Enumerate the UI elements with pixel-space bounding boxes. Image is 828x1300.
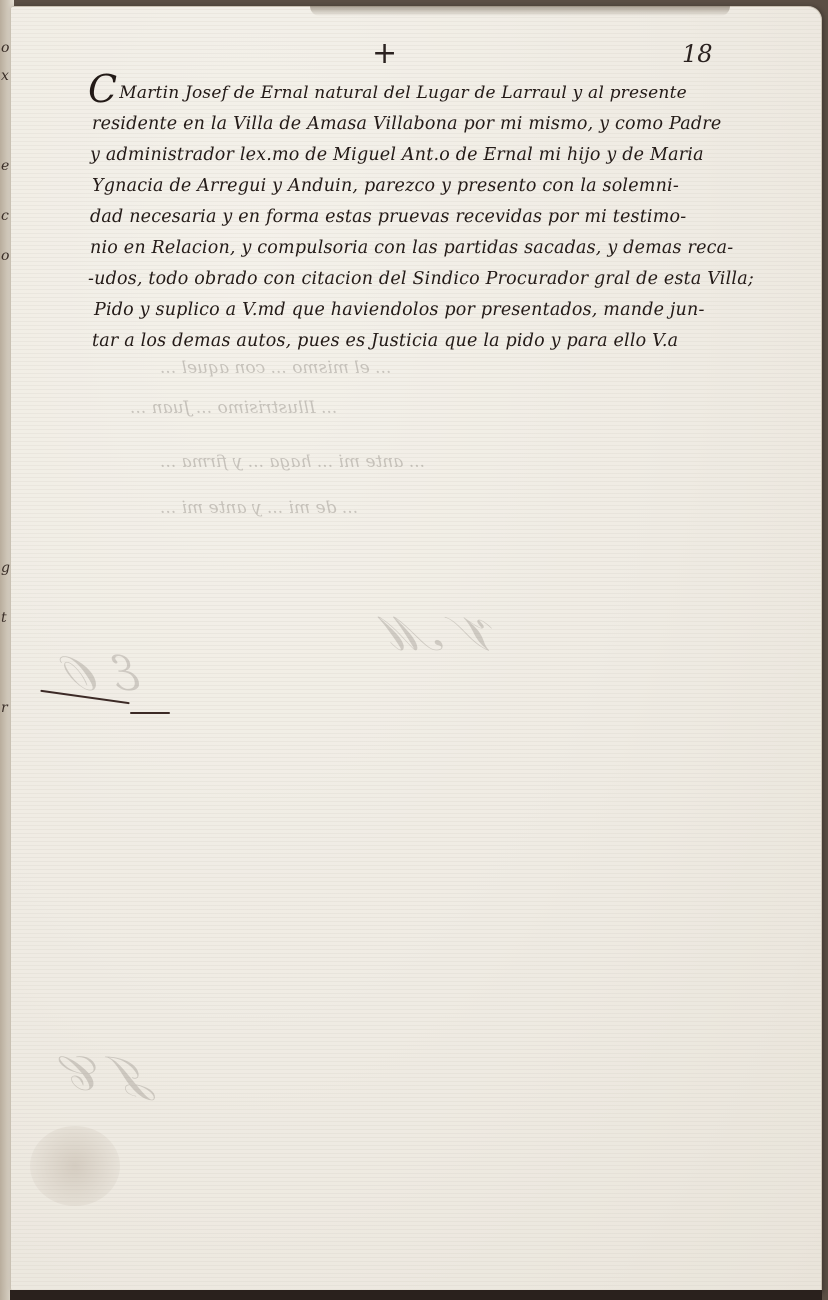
margin-ink-fragment: g xyxy=(1,560,10,576)
margin-ink-fragment: x xyxy=(1,68,9,84)
margin-ink-fragment: r xyxy=(1,700,8,716)
folio-number: 18 xyxy=(682,40,713,68)
manuscript-line-5: dad necesaria y en forma estas pruevas r… xyxy=(88,202,818,233)
manuscript-text-block: CMartin Josef de Ernal natural del Lugar… xyxy=(88,78,818,357)
bleed-through-text: ... de mi ... y ante mi ... xyxy=(160,498,358,518)
manuscript-line-3: y administrador lex.mo de Miguel Ant.o d… xyxy=(88,140,818,171)
scan-bottom-edge xyxy=(10,1290,822,1300)
bleed-through-signature: ℰ 𝒪 xyxy=(70,646,145,703)
bleed-through-text: ... el mismo ... con aquel ... xyxy=(160,358,391,378)
paper-stain xyxy=(30,1126,120,1206)
bleed-through-text: ... ante mi ... haga ... y firma ... xyxy=(160,452,425,472)
manuscript-line-4: Ygnacia de Arregui y Anduin, parezco y p… xyxy=(88,171,818,202)
bleed-through-signature: 𝒥 𝒞 xyxy=(70,1046,153,1103)
cross-mark: + xyxy=(372,36,397,71)
manuscript-line-2: residente en la Villa de Amasa Villabona… xyxy=(88,109,818,140)
manuscript-line-6: nio en Relacion, y compulsoria con las p… xyxy=(88,233,818,264)
bleed-through-signature: 𝒱 ℳ xyxy=(390,606,499,663)
margin-ink-fragment: e xyxy=(1,158,9,174)
line-text: Martin Josef de Ernal natural del Lugar … xyxy=(119,83,687,103)
manuscript-line-9: tar a los demas autos, pues es Justicia … xyxy=(88,326,818,357)
margin-ink-fragment: t xyxy=(1,610,7,626)
manuscript-line-1: CMartin Josef de Ernal natural del Lugar… xyxy=(88,78,818,109)
margin-ink-fragment: o xyxy=(1,248,9,264)
manuscript-line-7: -udos, todo obrado con citacion del Sind… xyxy=(88,264,818,295)
margin-ink-fragment: o xyxy=(1,40,9,56)
page-top-fold-shadow xyxy=(310,6,730,16)
margin-ink-fragment: c xyxy=(1,208,9,224)
manuscript-page: ... el mismo ... con aquel ... ... Illus… xyxy=(10,6,822,1294)
manuscript-line-8: Pido y suplico a V.md que haviendolos po… xyxy=(88,295,818,326)
bleed-through-text: ... Illustrisimo ... Juan ... xyxy=(130,398,337,418)
ink-stroke xyxy=(130,712,170,714)
decorated-initial: C xyxy=(88,67,117,111)
